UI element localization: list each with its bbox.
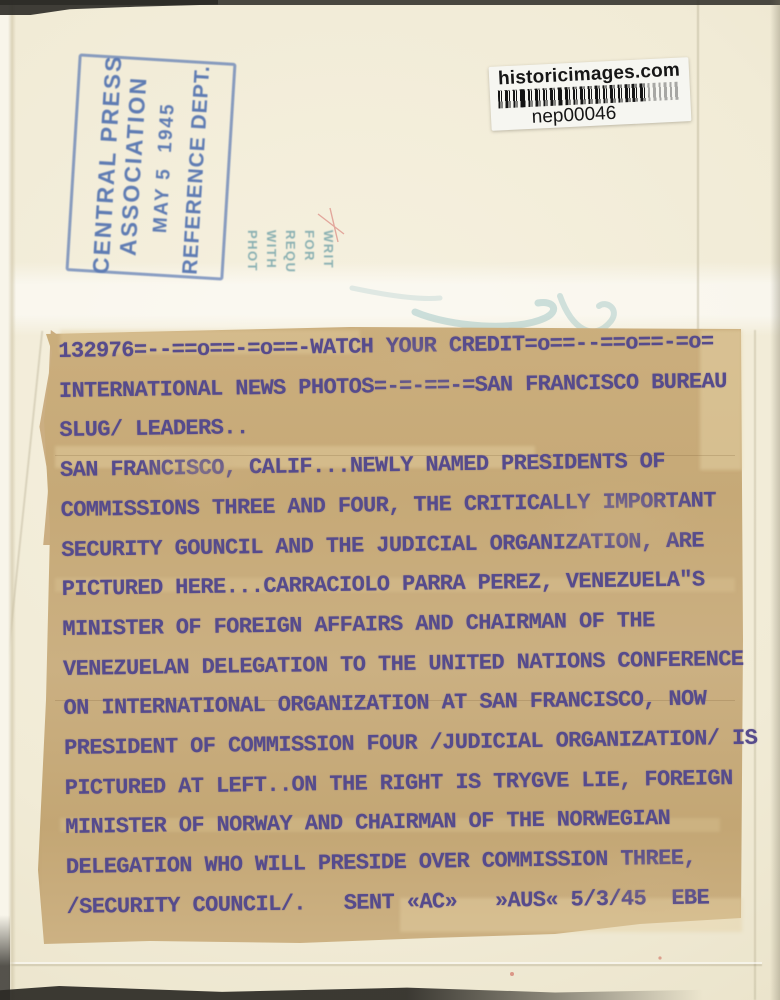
barcode-sticker: historicimages.com nep00046 (489, 57, 692, 131)
photo-back-scan: CENTRAL PRESS ASSOCIATION MAY 5 1945 REF… (0, 0, 780, 1000)
caption-text: 132976=--==o==-=o==-WATCH YOUR CREDIT=o=… (58, 322, 760, 928)
